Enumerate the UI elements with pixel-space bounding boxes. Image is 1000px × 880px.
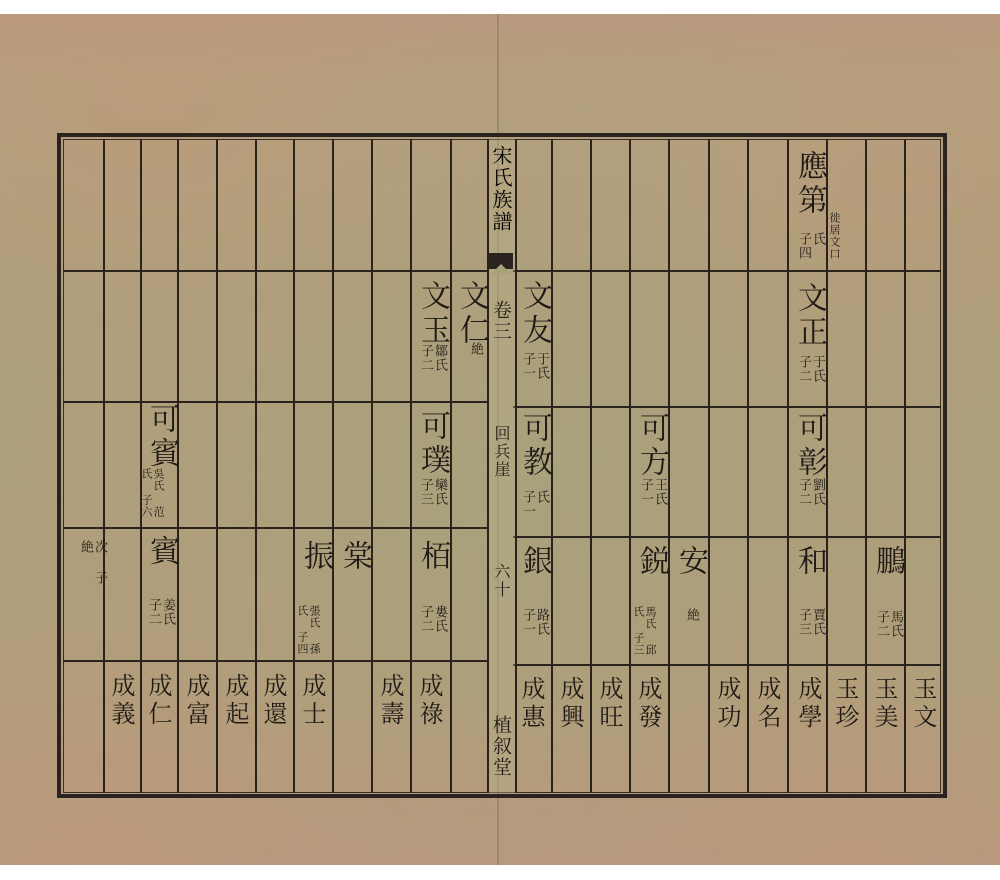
genealogy-name: 成功: [712, 676, 742, 732]
genealogy-name: 成發: [633, 676, 663, 732]
row-divider: [513, 406, 941, 408]
fishtail-mark: [489, 255, 513, 269]
genealogy-name: 玉珍: [830, 676, 860, 732]
genealogy-name: 可方: [633, 412, 669, 480]
genealogy-name: 成還: [258, 673, 288, 729]
genealogy-name: 玉美: [869, 676, 899, 732]
genealogy-note: 路氏 子一: [520, 608, 548, 664]
column-divider: [708, 139, 710, 793]
column-divider: [590, 139, 592, 793]
genealogy-name: 可彰: [791, 412, 827, 480]
genealogy-name: 栢: [414, 540, 450, 574]
column-divider: [103, 139, 105, 793]
hall-name: 植叙堂: [489, 715, 513, 778]
genealogy-name: 文玉: [414, 280, 450, 348]
genealogy-note: 馬氏 邱氏 子三: [632, 606, 656, 664]
document-title: 宋氏族譜: [489, 145, 513, 233]
row-divider: [63, 270, 487, 272]
genealogy-name: 銀: [516, 545, 552, 579]
marginal-note: 徙居文口: [828, 212, 840, 260]
section-label: 回兵崖: [489, 425, 513, 479]
row-divider: [513, 664, 941, 666]
genealogy-note: 欒氏 子三: [418, 478, 446, 528]
column-divider: [904, 139, 906, 793]
genealogy-name: 成祿: [414, 673, 444, 729]
genealogy-note: 絶: [468, 342, 482, 356]
genealogy-name: 成興: [555, 676, 585, 732]
column-divider: [450, 139, 452, 793]
genealogy-name: 可賓: [143, 403, 179, 471]
genealogy-name: 可教: [516, 412, 552, 480]
genealogy-note: 馬氏 子二: [874, 610, 902, 664]
genealogy-name: 成仁: [143, 673, 173, 729]
title-box: 宋氏族譜: [489, 143, 513, 255]
volume-label: 卷三: [489, 300, 513, 342]
genealogy-name: 鋭: [633, 545, 669, 579]
genealogy-note: 姜氏 子二: [146, 598, 174, 654]
page-number: 六十: [489, 563, 513, 599]
column-divider: [140, 139, 142, 793]
genealogy-name: 賓: [143, 535, 179, 569]
column-divider: [787, 139, 789, 793]
genealogy-note: 次子 絶: [78, 540, 106, 620]
column-divider: [371, 139, 373, 793]
genealogy-name: 文友: [516, 280, 552, 348]
genealogy-name: 成士: [297, 673, 327, 729]
genealogy-name: 和: [791, 545, 827, 579]
genealogy-name: 成起: [220, 673, 250, 729]
genealogy-name: 成義: [106, 673, 136, 729]
row-divider: [513, 270, 941, 272]
genealogy-note: 劉氏 子二: [796, 478, 824, 534]
genealogy-note: 婁氏 子二: [418, 605, 446, 661]
column-divider: [293, 139, 295, 793]
genealogy-note: 賈氏 子三: [796, 608, 824, 664]
row-divider: [63, 401, 487, 403]
genealogy-name: 玉文: [908, 676, 938, 732]
genealogy-note: 鄒氏 子二: [418, 344, 446, 400]
genealogy-name: 成名: [752, 676, 782, 732]
genealogy-name: 振: [297, 540, 333, 574]
genealogy-note: 絶: [684, 608, 698, 622]
column-divider: [747, 139, 749, 793]
genealogy-note: 氏 子四: [796, 232, 824, 272]
column-divider: [629, 139, 631, 793]
genealogy-name: 成學: [793, 676, 823, 732]
column-divider: [865, 139, 867, 793]
column-divider: [410, 139, 412, 793]
genealogy-name: 成富: [181, 673, 211, 729]
genealogy-note: 于氏 子二: [796, 355, 824, 403]
genealogy-name: 鵬: [869, 545, 905, 579]
genealogy-name: 應第: [791, 150, 827, 218]
column-divider: [332, 139, 334, 793]
genealogy-note: 張氏 孫氏 子四: [296, 605, 320, 661]
genealogy-name: 可璞: [414, 410, 450, 478]
genealogy-note: 王氏 子一: [638, 478, 666, 534]
genealogy-name: 成壽: [375, 673, 405, 729]
genealogy-name: 文正: [791, 282, 827, 350]
genealogy-name: 棠: [336, 540, 372, 574]
column-divider: [255, 139, 257, 793]
genealogy-name: 成旺: [594, 676, 624, 732]
genealogy-note: 氏 子一: [520, 490, 548, 530]
row-divider: [513, 536, 941, 538]
genealogy-note: 吳氏 范氏 子六: [140, 468, 164, 524]
column-divider: [216, 139, 218, 793]
genealogy-note: 于氏 子一: [520, 352, 548, 400]
genealogy-name: 文仁: [453, 280, 489, 348]
genealogy-name: 成惠: [516, 676, 546, 732]
genealogy-name: 安: [672, 545, 708, 579]
